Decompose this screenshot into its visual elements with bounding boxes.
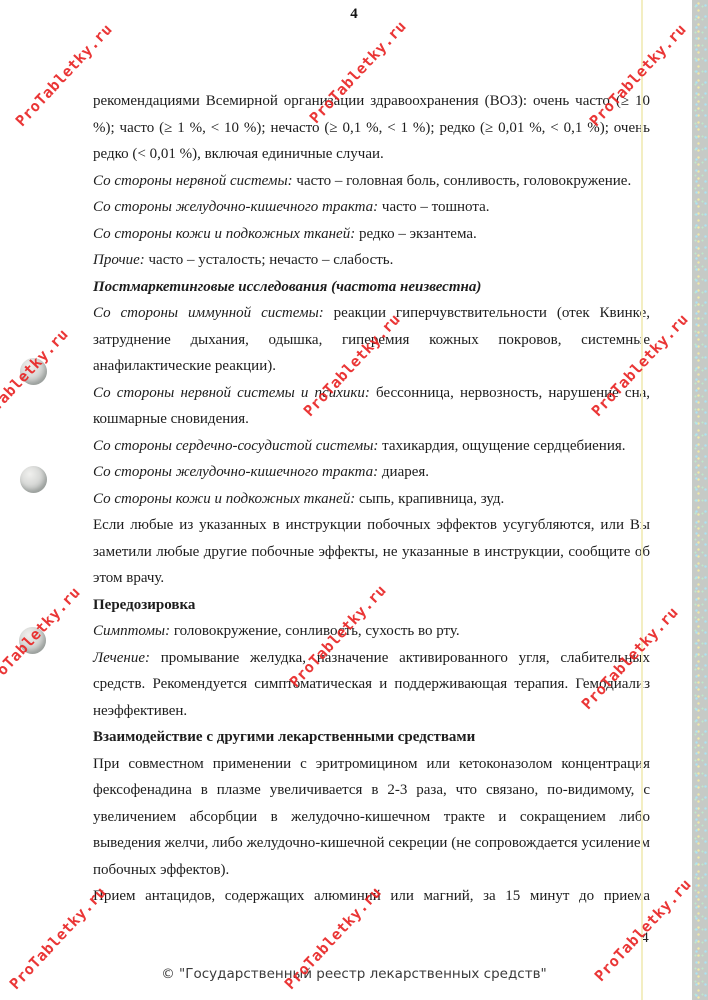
paragraph-lead: Со стороны сердечно-сосудистой системы: [93,438,378,454]
paragraph-text: диарея. [378,464,429,480]
paragraph-other: Прочие: часто – усталость; нечасто – сла… [93,247,650,274]
paragraph-lead: Со стороны нервной системы: [93,173,293,189]
paragraph-gi-tract-2: Со стороны желудочно-кишечного тракта: д… [93,459,650,486]
punch-hole-sphere [19,627,46,654]
paragraph-cardiovascular: Со стороны сердечно-сосудистой системы: … [93,433,650,460]
paragraph-immune-system: Со стороны иммунной системы: реакции гип… [93,300,650,380]
paragraph-lead: Со стороны кожи и подкожных тканей: [93,491,355,507]
paragraph-lead: Со стороны желудочно-кишечного тракта: [93,464,378,480]
punch-hole-sphere [20,358,47,385]
scan-fold-line [641,0,643,1000]
paragraph-lead: Со стороны желудочно-кишечного тракта: [93,199,378,215]
page-number-bottom: 4 [630,930,660,947]
paragraph-tell-doctor: Если любые из указанных в инструкции поб… [93,512,650,592]
paragraph-text: тахикардия, ощущение сердцебиения. [378,438,625,454]
paragraph-treatment: Лечение: промывание желудка, назначение … [93,645,650,725]
paragraph-text: часто – головная боль, сонливость, голов… [293,173,632,189]
heading-interactions: Взаимодействие с другими лекарственными … [93,724,650,751]
paragraph-nervous-psyche: Со стороны нервной системы и психики: бе… [93,380,650,433]
paragraph-lead: Симптомы: [93,623,170,639]
page-number-top: 4 [0,6,708,23]
paragraph-skin-2: Со стороны кожи и подкожных тканей: сыпь… [93,486,650,513]
paragraph-lead: Со стороны кожи и подкожных тканей: [93,226,355,242]
paragraph-who-frequency: рекомендациями Всемирной организации здр… [93,88,650,168]
paragraph-lead: Со стороны нервной системы и психики: [93,385,370,401]
paragraph-text: часто – тошнота. [378,199,489,215]
paragraph-text: редко – экзантема. [355,226,477,242]
paragraph-symptoms: Симптомы: головокружение, сонливость, су… [93,618,650,645]
paragraph-lead: Со стороны иммунной системы: [93,305,324,321]
paragraph-lead: Прочие: [93,252,145,268]
paragraph-skin: Со стороны кожи и подкожных тканей: редк… [93,221,650,248]
paragraph-text: промывание желудка, назначение активиров… [93,650,650,719]
paragraph-antacids: Прием антацидов, содержащих алюминий или… [93,883,650,910]
paragraph-gi-tract: Со стороны желудочно-кишечного тракта: ч… [93,194,650,221]
punch-hole-sphere [20,466,47,493]
document-page: 4 рекомендациями Всемирной организации з… [0,0,708,1000]
paragraph-text: сыпь, крапивница, зуд. [355,491,504,507]
paragraph-lead: Лечение: [93,650,150,666]
document-content: рекомендациями Всемирной организации здр… [93,88,650,910]
heading-overdose: Передозировка [93,592,650,619]
heading-postmarketing: Постмаркетинговые исследования (частота … [93,274,650,301]
paragraph-text: головокружение, сонливость, сухость во р… [170,623,460,639]
paragraph-nervous-system: Со стороны нервной системы: часто – голо… [93,168,650,195]
scan-edge-band [692,0,708,1000]
paragraph-erythromycin: При совместном применении с эритромицино… [93,751,650,884]
footer-copyright: © "Государственный реестр лекарственных … [0,966,708,982]
paragraph-text: часто – усталость; нечасто – слабость. [145,252,394,268]
